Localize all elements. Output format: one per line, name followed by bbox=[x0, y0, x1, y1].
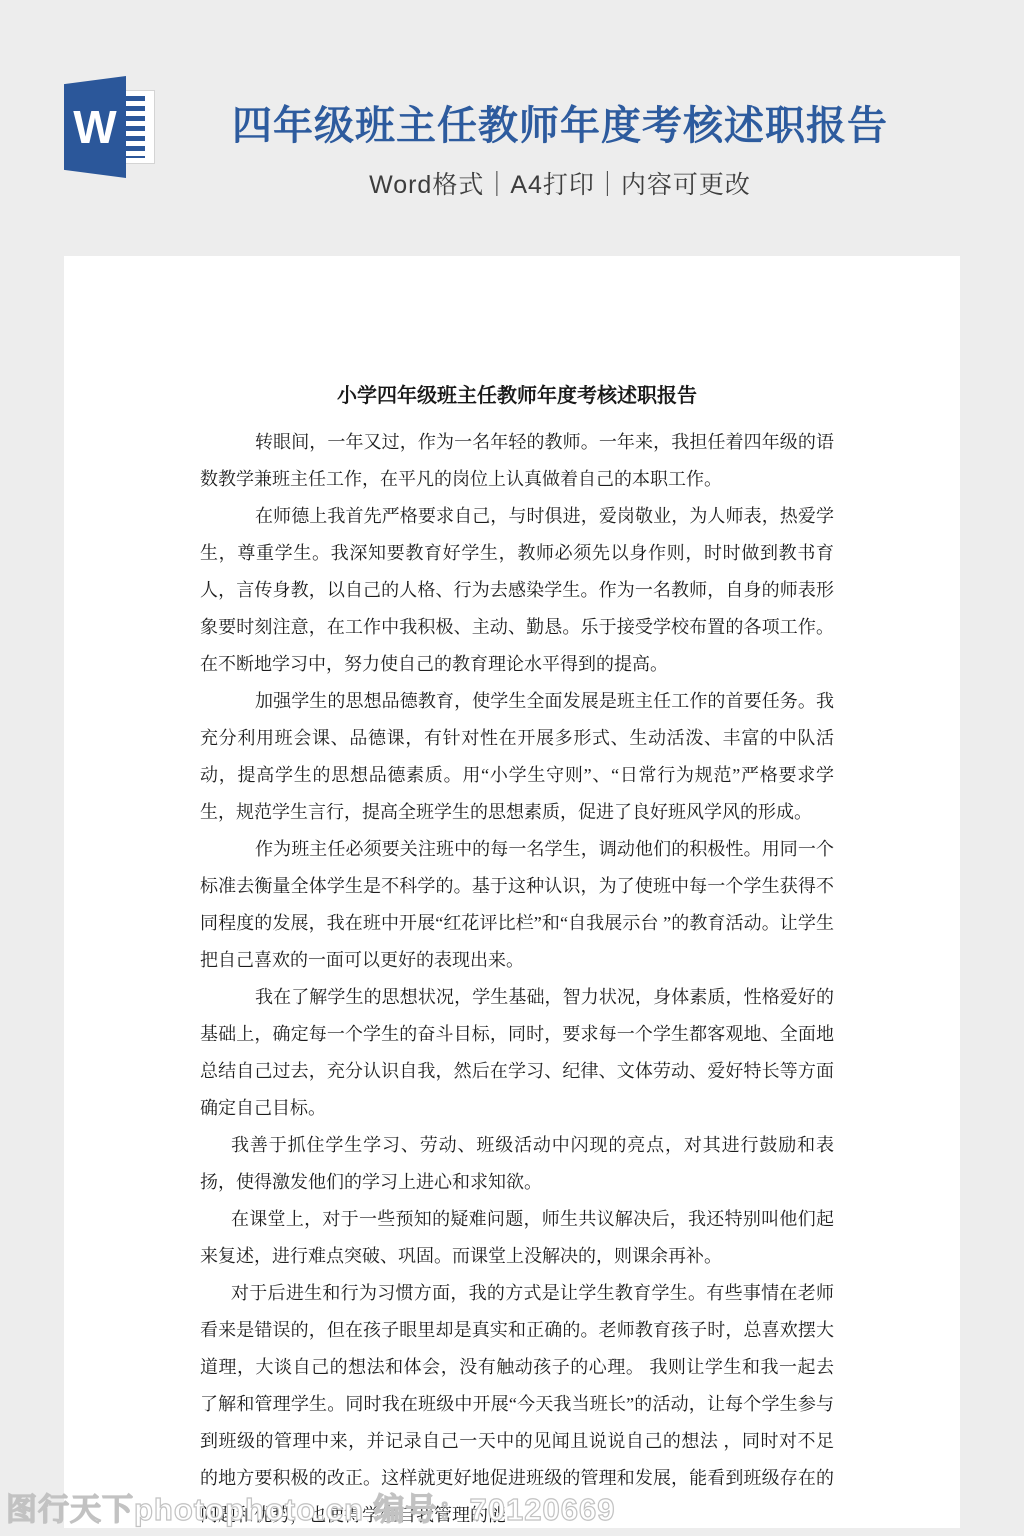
paragraph: 加强学生的思想品德教育，使学生全面发展是班主任工作的首要任务。我充分利用班会课、… bbox=[200, 683, 834, 831]
document-page: 小学四年级班主任教师年度考核述职报告 转眼间，一年又过，作为一名年轻的教师。一年… bbox=[64, 256, 960, 1528]
document-title: 小学四年级班主任教师年度考核述职报告 bbox=[200, 378, 834, 415]
paragraph: 转眼间，一年又过，作为一名年轻的教师。一年来，我担任着四年级的语数教学兼班主任工… bbox=[200, 424, 834, 498]
page-title: 四年级班主任教师年度考核述职报告 bbox=[96, 94, 1024, 151]
paragraph: 作为班主任必须要关注班中的每一名学生，调动他们的积极性。用同一个标准去衡量全体学… bbox=[200, 831, 834, 979]
document-body: 转眼间，一年又过，作为一名年轻的教师。一年来，我担任着四年级的语数教学兼班主任工… bbox=[200, 424, 834, 1528]
page-subtitle: Word格式｜A4打印｜内容可更改 bbox=[96, 165, 1024, 201]
paragraph: 在师德上我首先严格要求自己，与时俱进，爱岗敬业，为人师表，热爱学生，尊重学生。我… bbox=[200, 498, 834, 683]
header-text: 四年级班主任教师年度考核述职报告 Word格式｜A4打印｜内容可更改 bbox=[96, 0, 1024, 201]
header: W 四年级班主任教师年度考核述职报告 Word格式｜A4打印｜内容可更改 bbox=[0, 0, 1024, 256]
paragraph: 我在了解学生的思想状况，学生基础，智力状况，身体素质，性格爱好的基础上，确定每一… bbox=[200, 979, 834, 1127]
paragraph: 我善于抓住学生学习、劳动、班级活动中闪现的亮点，对其进行鼓励和表扬，使得激发他们… bbox=[200, 1127, 834, 1201]
watermark: 图行天下photophoto.cn 编号：70120669 bbox=[6, 1484, 615, 1529]
paragraph: 在课堂上，对于一些预知的疑难问题，师生共议解决后，我还特别叫他们起来复述，进行难… bbox=[200, 1201, 834, 1275]
